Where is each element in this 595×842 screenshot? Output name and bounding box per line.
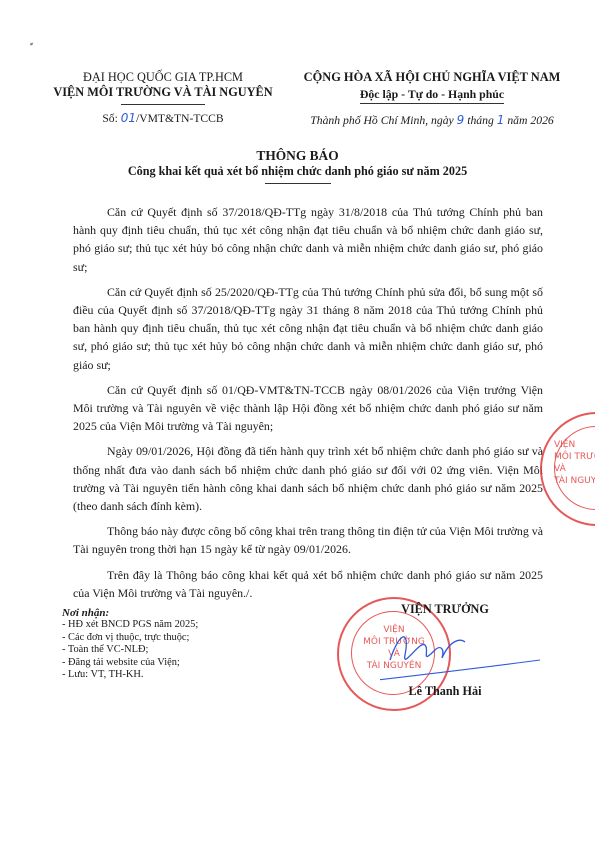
signature-block: VIỆN TRƯỞNG Lê Thanh Hải xyxy=(380,602,510,699)
document-subtitle: Công khai kết quả xét bổ nhiệm chức danh… xyxy=(0,164,595,179)
recipient-item: - Toàn thể VC-NLĐ; xyxy=(62,644,198,656)
title-divider xyxy=(265,183,331,184)
organization-name: VIỆN MÔI TRƯỜNG VÀ TÀI NGUYÊN xyxy=(52,85,274,100)
signer-name: Lê Thanh Hải xyxy=(380,684,510,699)
recipient-item: - Các đơn vị thuộc, trực thuộc; xyxy=(62,632,198,644)
paragraph: Căn cứ Quyết định số 25/2020/QĐ-TTg của … xyxy=(73,283,543,374)
handwritten-number: 01 xyxy=(121,111,136,125)
document-page: ĐẠI HỌC QUỐC GIA TP.HCM VIỆN MÔI TRƯỜNG … xyxy=(0,0,595,842)
recipient-item: - Đăng tải website của Viện; xyxy=(62,657,198,669)
paragraph: Thông báo này được công bố công khai trê… xyxy=(73,522,543,558)
document-title: THÔNG BÁO xyxy=(0,148,595,164)
paragraph: Căn cứ Quyết định số 37/2018/QĐ-TTg ngày… xyxy=(73,203,543,276)
issuing-authority-block: ĐẠI HỌC QUỐC GIA TP.HCM VIỆN MÔI TRƯỜNG … xyxy=(52,70,274,126)
paragraph: Căn cứ Quyết định số 01/QĐ-VMT&TN-TCCB n… xyxy=(73,381,543,436)
recipients-heading: Nơi nhận: xyxy=(62,607,198,619)
national-header-block: CỘNG HÒA XÃ HỘI CHỦ NGHĨA VIỆT NAM Độc l… xyxy=(283,70,581,128)
document-body: Căn cứ Quyết định số 37/2018/QĐ-TTg ngày… xyxy=(73,203,543,609)
place-and-date: Thành phố Hồ Chí Minh, ngày 9 tháng 1 nă… xyxy=(283,113,581,128)
nation-name: CỘNG HÒA XÃ HỘI CHỦ NGHĨA VIỆT NAM xyxy=(283,70,581,85)
recipients-block: Nơi nhận: - HĐ xét BNCD PGS năm 2025; - … xyxy=(62,607,198,681)
parent-organization: ĐẠI HỌC QUỐC GIA TP.HCM xyxy=(52,70,274,85)
document-title-block: THÔNG BÁO Công khai kết quả xét bổ nhiệm… xyxy=(0,148,595,184)
paragraph: Trên đây là Thông báo công khai kết quả … xyxy=(73,566,543,602)
recipient-item: - Lưu: VT, TH-KH. xyxy=(62,669,198,681)
signer-role: VIỆN TRƯỞNG xyxy=(380,602,510,617)
paragraph: Ngày 09/01/2026, Hội đồng đã tiến hành q… xyxy=(73,442,543,515)
handwritten-month: 1 xyxy=(497,113,505,127)
scan-speck xyxy=(30,42,34,45)
header-divider xyxy=(121,104,205,105)
handwritten-day: 9 xyxy=(457,113,465,127)
recipient-item: - HĐ xét BNCD PGS năm 2025; xyxy=(62,619,198,631)
side-seal-stamp: VIỆN MÔI TRƯỜNG VÀ TÀI NGUYÊN xyxy=(540,412,595,526)
national-motto: Độc lập - Tự do - Hạnh phúc xyxy=(360,87,504,104)
document-number: Số: 01/VMT&TN-TCCB xyxy=(52,111,274,126)
